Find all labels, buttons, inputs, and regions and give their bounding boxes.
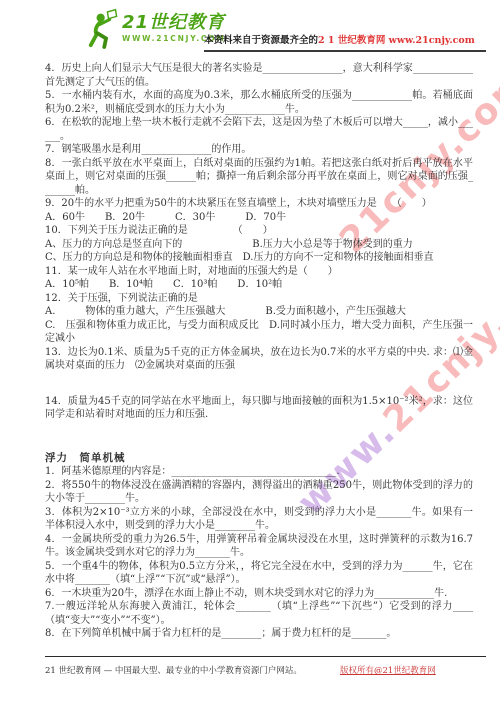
pressure-questions-list: 4．历史上向人们显示大气压是很大的著名实验是________________，意…	[45, 62, 473, 422]
question-line: 8．在下列简单机械中属于省力杠杆的是________；属于费力杠杆的是_____…	[45, 627, 473, 641]
section-title-buoyancy: 浮力 简单机械	[45, 452, 473, 466]
worksheet-content: 4．历史上向人们显示大气压是很大的著名实验是________________，意…	[45, 62, 473, 641]
question-line: 2．将550牛的物体浸没在盛满酒精的容器内，测得溢出的酒精重250牛，则此物体受…	[45, 479, 473, 506]
question-line: 12．关于压强，下列说法正确的是	[45, 292, 473, 306]
header-tagline: 本资料来自于资源最齐全的2 1 世纪教育网 www.21cnjy.com	[204, 32, 486, 52]
footer-copyright-link[interactable]: 版权所有@21世纪教育网	[340, 666, 436, 676]
question-line: 7．钢笔吸墨水是利用______________的作用。	[45, 143, 473, 157]
question-line: 13．边长为0.1米、质量为5千克的正方体金属块，放在边长为0.7米的水平方桌的…	[45, 346, 473, 373]
question-line: 1．阿基米德原理的内容是：___________________________…	[45, 465, 473, 479]
question-line: 6．在松软的泥地上垫一块木板行走就不会陷下去，这是因为垫了木板后可以增大____…	[45, 116, 473, 143]
question-line: 4．一金属块所受的重力为26.5牛，用弹簧秤吊着金属块浸没在水里，这时弹簧秤的示…	[45, 533, 473, 560]
page-header: 21世纪教育 WWW.21CNJY.COM 本资料来自于资源最齐全的2 1 世纪…	[84, 6, 486, 54]
question-line: 8．一张白纸平放在水平桌面上，白纸对桌面的压强约为1帕。若把这张白纸对折后再平放…	[45, 157, 473, 198]
question-line: C、压力的方向总是和物体的接触面相垂直 D.压力的方向不一定和物体的接触面相垂直	[45, 251, 473, 265]
question-line: A．60牛 B．20牛 C．30牛 D．70牛	[45, 211, 473, 225]
question-line: 5．一水桶内装有水，水面的高度为0.3米，那么水桶底所受的压强为________…	[45, 89, 473, 116]
tagline-site-link[interactable]: 2 1 世纪教育网 www.21cnjy.com	[318, 35, 475, 46]
question-line: 4．历史上向人们显示大气压是很大的著名实验是________________，意…	[45, 62, 473, 89]
logo-brand-text: 21世纪教育	[122, 14, 226, 32]
question-line: 7.一艘远洋轮从东海驶入黄浦江，轮体会_______（填“上浮些”“下沉些”）它…	[45, 600, 473, 627]
tagline-prefix-text: 本资料来自于资源最齐全的	[204, 35, 318, 46]
worksheet-page: { "header": { "logo": { "icon": "runner-…	[0, 0, 500, 707]
question-line: 5．一个重4牛的物体，体积为0.5立方分米，，将它完全浸在水中，受到的浮力为__…	[45, 560, 473, 587]
question-line: 6．一木块重为20牛，漂浮在水面上静止不动，则木块受到水对它的浮力为______…	[45, 587, 473, 601]
question-line: A．10⁵帕 B．10⁴帕 C．10³帕 D．10²帕	[45, 278, 473, 292]
question-line: A、压力的方向总是竖直向下的 B.压力大小总是等于物体受到的重力	[45, 238, 473, 252]
buoyancy-questions-list: 1．阿基米德原理的内容是：___________________________…	[45, 465, 473, 641]
question-line: 3．体积为2×10⁻³立方米的小球，全部浸没在水中，则受到的浮力大小是_____…	[45, 506, 473, 533]
page-footer: 21 世纪教育网 — 中国最大型、最专业的中小学教育资源门户网站。版权所有@21…	[45, 656, 486, 676]
runner-with-book-icon	[84, 8, 120, 50]
question-line: 10．下列关于压力说法正确的是 （ ）	[45, 224, 473, 238]
question-line: A. 物体的重力越大，产生压强越大 B.受力面积越小，产生压强越大	[45, 305, 473, 319]
question-line: 9．20牛的水平力把重为50牛的木块紧压在竖直墙壁上，木块对墙壁压力是 （ ）	[45, 197, 473, 211]
footer-site-description: 21 世纪教育网 — 中国最大型、最专业的中小学教育资源门户网站。	[45, 666, 302, 676]
question-line: 11．某一成年人站在水平地面上时，对地面的压强大约是（ ）	[45, 265, 473, 279]
question-line: C. 压强和物体重力成正比，与受力面积成反比 D.同时减小压力，增大受力面积，产…	[45, 319, 473, 346]
question-line: 14．质量为45千克的同学站在水平地面上，每只脚与地面接触的面积为1.5×10⁻…	[45, 395, 473, 422]
